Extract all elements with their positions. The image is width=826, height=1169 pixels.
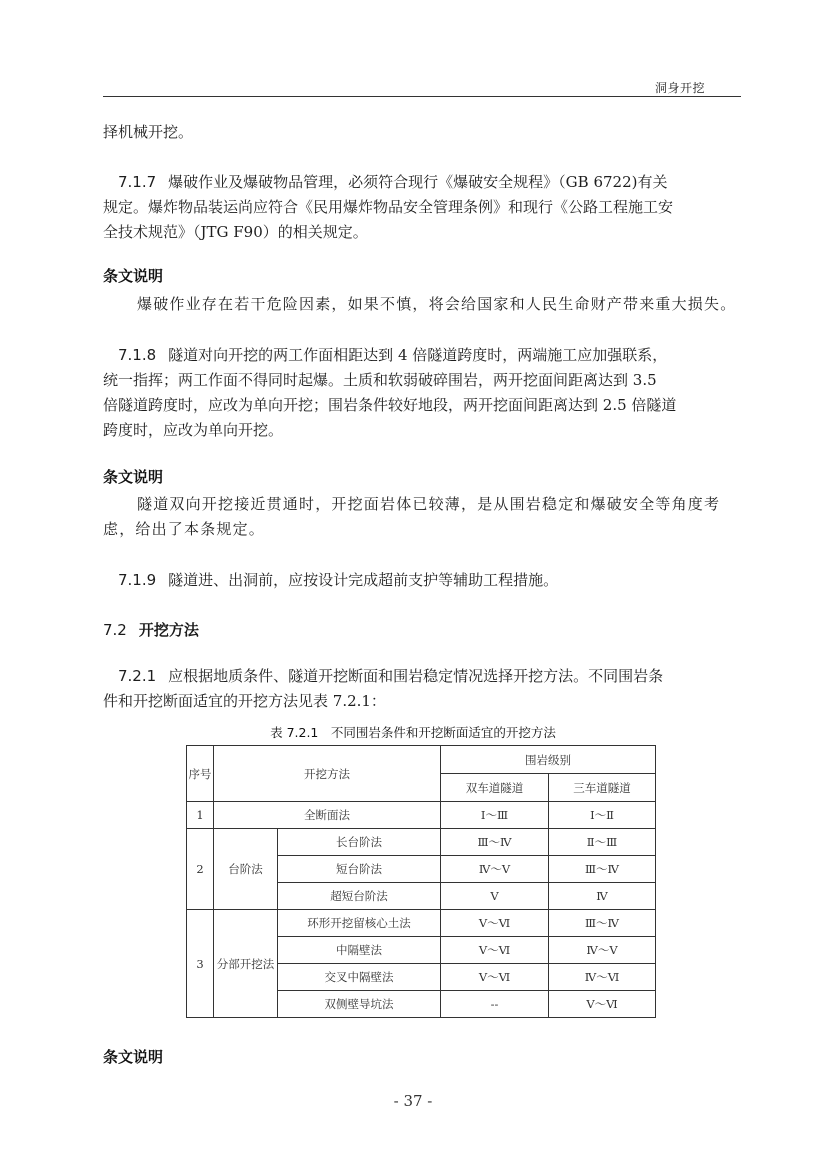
- cell-method: 超短台阶法: [278, 883, 441, 910]
- header-three-lane: 三车道隧道: [549, 774, 656, 802]
- cell-method: 长台阶法: [278, 829, 441, 856]
- cell-seq: 3: [187, 910, 214, 1018]
- cell-three-lane: Ⅲ～Ⅳ: [549, 910, 656, 937]
- clause-7-1-8: 7.1.8隧道对向开挖的两工作面相距达到 4 倍隧道跨度时，两端施工应加强联系，…: [103, 343, 743, 443]
- cell-method: 全断面法: [214, 802, 441, 829]
- clause-number: 7.1.8: [118, 346, 156, 364]
- clause-7-1-7: 7.1.7爆破作业及爆破物品管理，必须符合现行《爆破安全规程》（GB 6722)…: [103, 170, 743, 245]
- cell-method: 交叉中隔壁法: [278, 964, 441, 991]
- cell-three-lane: Ⅱ～Ⅲ: [549, 829, 656, 856]
- cell-two-lane: Ⅳ～Ⅴ: [441, 856, 549, 883]
- table-caption: 表 7.2.1 不同围岩条件和开挖断面适宜的开挖方法: [0, 723, 826, 741]
- clause-text: 规定。爆炸物品装运尚应符合《民用爆炸物品安全管理条例》和现行《公路工程施工安: [103, 195, 743, 220]
- note-text: 隧道双向开挖接近贯通时，开挖面岩体已较薄，是从围岩稳定和爆破安全等角度考 虑，给…: [103, 492, 748, 542]
- clause-text: 统一指挥；两工作面不得同时起爆。土质和软弱破碎围岩，两开挖面间距离达到 3.5: [103, 368, 743, 393]
- cell-three-lane: Ⅲ～Ⅳ: [549, 856, 656, 883]
- cell-two-lane: Ⅰ～Ⅲ: [441, 802, 549, 829]
- header-two-lane: 双车道隧道: [441, 774, 549, 802]
- note-text-line: 隧道双向开挖接近贯通时，开挖面岩体已较薄，是从围岩稳定和爆破安全等角度考: [103, 492, 748, 517]
- cell-two-lane: Ⅴ～Ⅵ: [441, 964, 549, 991]
- cell-two-lane: Ⅴ～Ⅵ: [441, 937, 549, 964]
- clause-text: 爆破作业及爆破物品管理，必须符合现行《爆破安全规程》（GB 6722)有关: [168, 173, 667, 191]
- cell-three-lane: Ⅰ～Ⅱ: [549, 802, 656, 829]
- note-heading: 条文说明: [103, 466, 163, 487]
- clause-number: 7.1.7: [118, 173, 156, 191]
- clause-text: 隧道进、出洞前，应按设计完成超前支护等辅助工程措施。: [168, 571, 558, 589]
- note-text: 爆破作业存在若干危险因素，如果不慎，将会给国家和人民生命财产带来重大损失。: [137, 292, 736, 317]
- header-grade: 围岩级别: [441, 746, 656, 774]
- clause-text: 应根据地质条件、隧道开挖断面和围岩稳定情况选择开挖方法。不同围岩条: [168, 667, 663, 685]
- clause-text: 全技术规范》（JTG F90）的相关规定。: [103, 220, 743, 245]
- cell-method: 环形开挖留核心土法: [278, 910, 441, 937]
- paragraph-continuation: 择机械开挖。: [103, 120, 193, 145]
- clause-text: 件和开挖断面适宜的开挖方法见表 7.2.1：: [103, 689, 743, 714]
- section-heading-7-2: 7.2开挖方法: [103, 619, 199, 640]
- cell-three-lane: Ⅳ～Ⅵ: [549, 964, 656, 991]
- note-heading: 条文说明: [103, 1046, 163, 1067]
- cell-three-lane: Ⅳ: [549, 883, 656, 910]
- table-header-row: 序号 开挖方法 围岩级别: [187, 746, 656, 774]
- header-rule: [103, 96, 741, 97]
- cell-two-lane: Ⅲ～Ⅳ: [441, 829, 549, 856]
- cell-seq: 1: [187, 802, 214, 829]
- section-number: 7.2: [103, 621, 127, 639]
- cell-group: 台阶法: [214, 829, 278, 910]
- header-seq: 序号: [187, 746, 214, 802]
- cell-two-lane: Ⅴ～Ⅵ: [441, 910, 549, 937]
- note-heading: 条文说明: [103, 265, 163, 286]
- cell-two-lane: Ⅴ: [441, 883, 549, 910]
- note-text-line: 虑，给出了本条规定。: [103, 517, 748, 542]
- table-row: 3 分部开挖法 环形开挖留核心土法 Ⅴ～Ⅵ Ⅲ～Ⅳ: [187, 910, 656, 937]
- clause-7-2-1: 7.2.1应根据地质条件、隧道开挖断面和围岩稳定情况选择开挖方法。不同围岩条 件…: [103, 664, 743, 714]
- cell-method: 短台阶法: [278, 856, 441, 883]
- cell-three-lane: Ⅴ～Ⅵ: [549, 991, 656, 1018]
- section-title: 开挖方法: [139, 621, 199, 639]
- clause-7-1-9: 7.1.9隧道进、出洞前，应按设计完成超前支护等辅助工程措施。: [118, 568, 558, 593]
- page-number: - 37 -: [0, 1092, 826, 1110]
- excavation-methods-table: 序号 开挖方法 围岩级别 双车道隧道 三车道隧道 1 全断面法 Ⅰ～Ⅲ Ⅰ～Ⅱ …: [186, 745, 656, 1018]
- table-row: 1 全断面法 Ⅰ～Ⅲ Ⅰ～Ⅱ: [187, 802, 656, 829]
- clause-number: 7.2.1: [118, 667, 156, 685]
- clause-text: 跨度时，应改为单向开挖。: [103, 418, 743, 443]
- header-method: 开挖方法: [214, 746, 441, 802]
- running-header-title: 洞身开挖: [655, 79, 705, 96]
- clause-text: 倍隧道跨度时，应改为单向开挖；围岩条件较好地段，两开挖面间距离达到 2.5 倍隧…: [103, 393, 743, 418]
- clause-number: 7.1.9: [118, 571, 156, 589]
- cell-method: 双侧壁导坑法: [278, 991, 441, 1018]
- cell-three-lane: Ⅳ～Ⅴ: [549, 937, 656, 964]
- cell-method: 中隔壁法: [278, 937, 441, 964]
- cell-two-lane: --: [441, 991, 549, 1018]
- table-row: 2 台阶法 长台阶法 Ⅲ～Ⅳ Ⅱ～Ⅲ: [187, 829, 656, 856]
- clause-text: 隧道对向开挖的两工作面相距达到 4 倍隧道跨度时，两端施工应加强联系，: [168, 346, 667, 364]
- cell-group: 分部开挖法: [214, 910, 278, 1018]
- cell-seq: 2: [187, 829, 214, 910]
